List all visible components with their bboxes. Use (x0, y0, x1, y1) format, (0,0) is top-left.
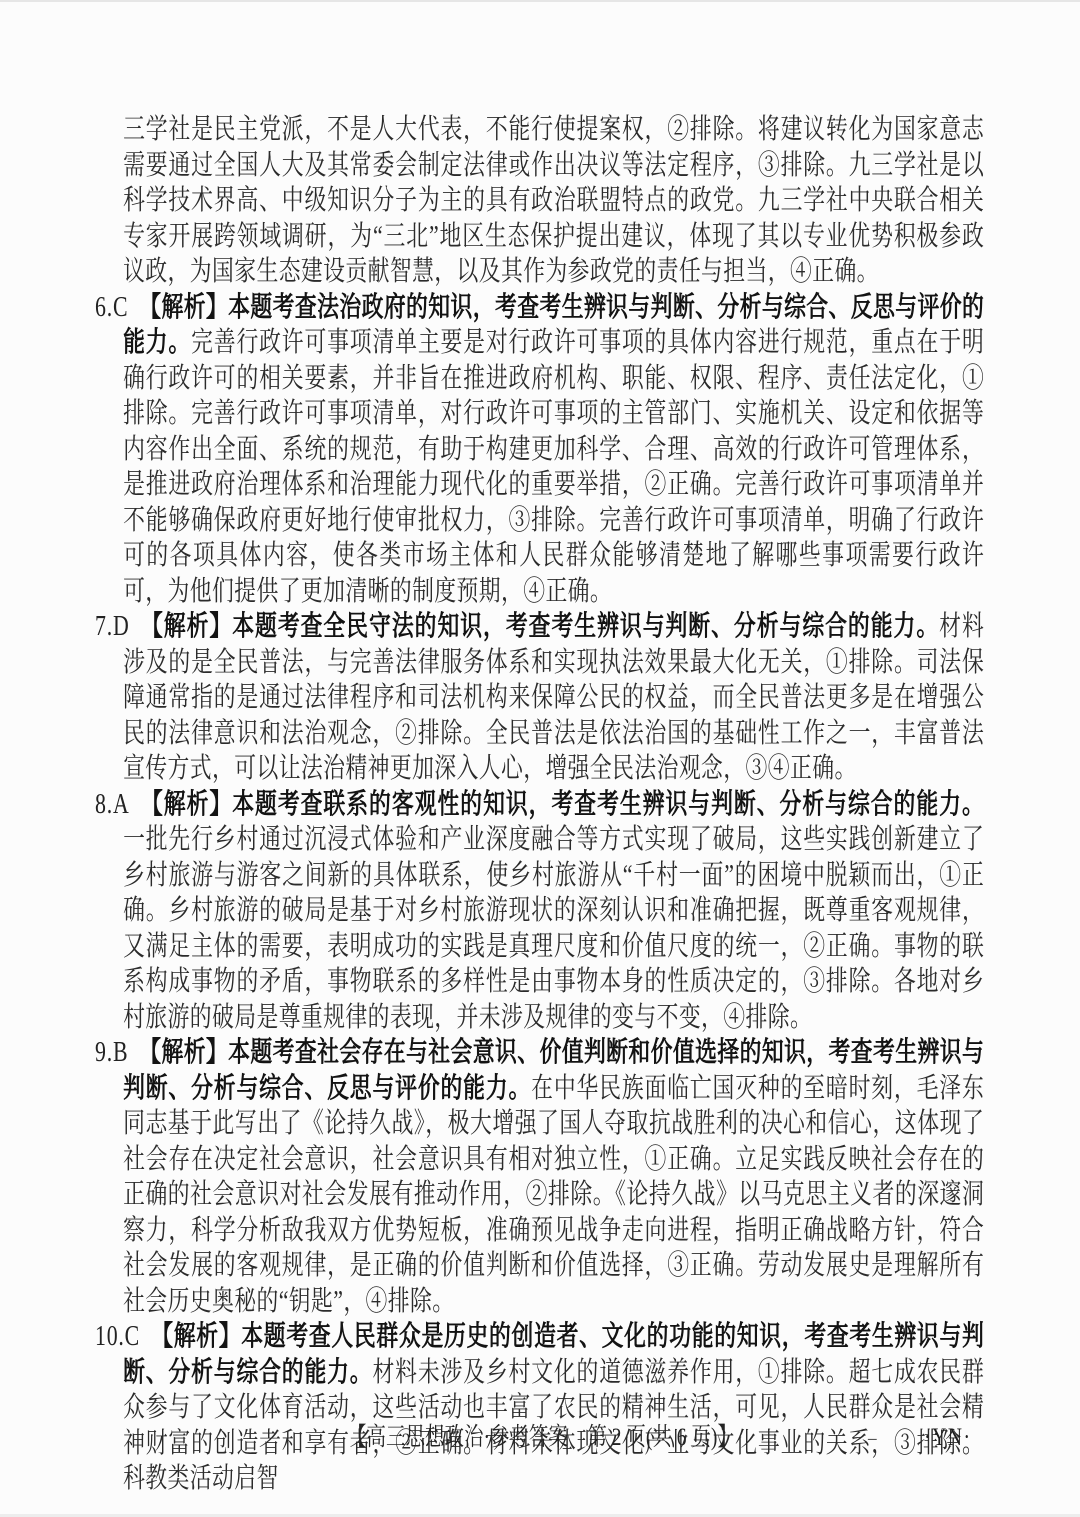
analysis-detail-text: 在中华民族面临亡国灭种的至暗时刻，毛泽东同志基于此写出了《论持久战》，极大增强了… (123, 1073, 984, 1317)
question-number: 8.A (95, 789, 130, 820)
question-number: 10.C (95, 1321, 140, 1352)
answer-item-10: 10.C【解析】本题考查人民群众是历史的创造者、文化的功能的知识，考查考生辨识与… (95, 1319, 984, 1497)
analysis-knowledge-bold: 【解析】本题考查全民守法的知识，考查考生辨识与判断、分析与综合的能力。 (140, 611, 939, 642)
analysis-detail-text: 完善行政许可事项清单主要是对行政许可事项的具体内容进行规范，重点在于明确行政许可… (123, 327, 984, 607)
answer-explanations: 三学社是民主党派，不是人大代表，不能行使提案权，②排除。将建议转化为国家意志需要… (95, 112, 984, 1512)
continuation-paragraph: 三学社是民主党派，不是人大代表，不能行使提案权，②排除。将建议转化为国家意志需要… (95, 112, 984, 290)
question-number: 9.B (95, 1037, 128, 1068)
question-number: 6.C (95, 292, 128, 323)
page-top-edge (0, 0, 1080, 2)
answer-item-6: 6.C【解析】本题考查法治政府的知识，考查考生辨识与判断、分析与综合、反思与评价… (95, 290, 984, 610)
answer-item-8: 8.A【解析】本题考查联系的客观性的知识，考查考生辨识与判断、分析与综合的能力。… (95, 787, 984, 1036)
answer-item-7: 7.D【解析】本题考查全民守法的知识，考查考生辨识与判断、分析与综合的能力。材料… (95, 609, 984, 787)
analysis-detail-text: 一批先行乡村通过沉浸式体验和产业深度融合等方式实现了破局，这些实践创新建立了乡村… (123, 824, 984, 1033)
footer-region-code: ·YN· (924, 1420, 971, 1456)
scan-artifact-mark: _ (868, 1412, 877, 1448)
footer-booklet-label: 【高三思想政治·参考答案 第 2 页(共 6 页)】 (347, 1420, 737, 1456)
question-number: 7.D (95, 611, 130, 642)
analysis-knowledge-bold: 【解析】本题考查联系的客观性的知识，考查考生辨识与判断、分析与综合的能力。 (140, 789, 984, 820)
scanned-answer-sheet-page: { "document": { "continuation": { "text"… (0, 0, 1080, 1517)
answer-item-9: 9.B【解析】本题考查社会存在与社会意识、价值判断和价值选择的知识，考查考生辨识… (95, 1035, 984, 1319)
